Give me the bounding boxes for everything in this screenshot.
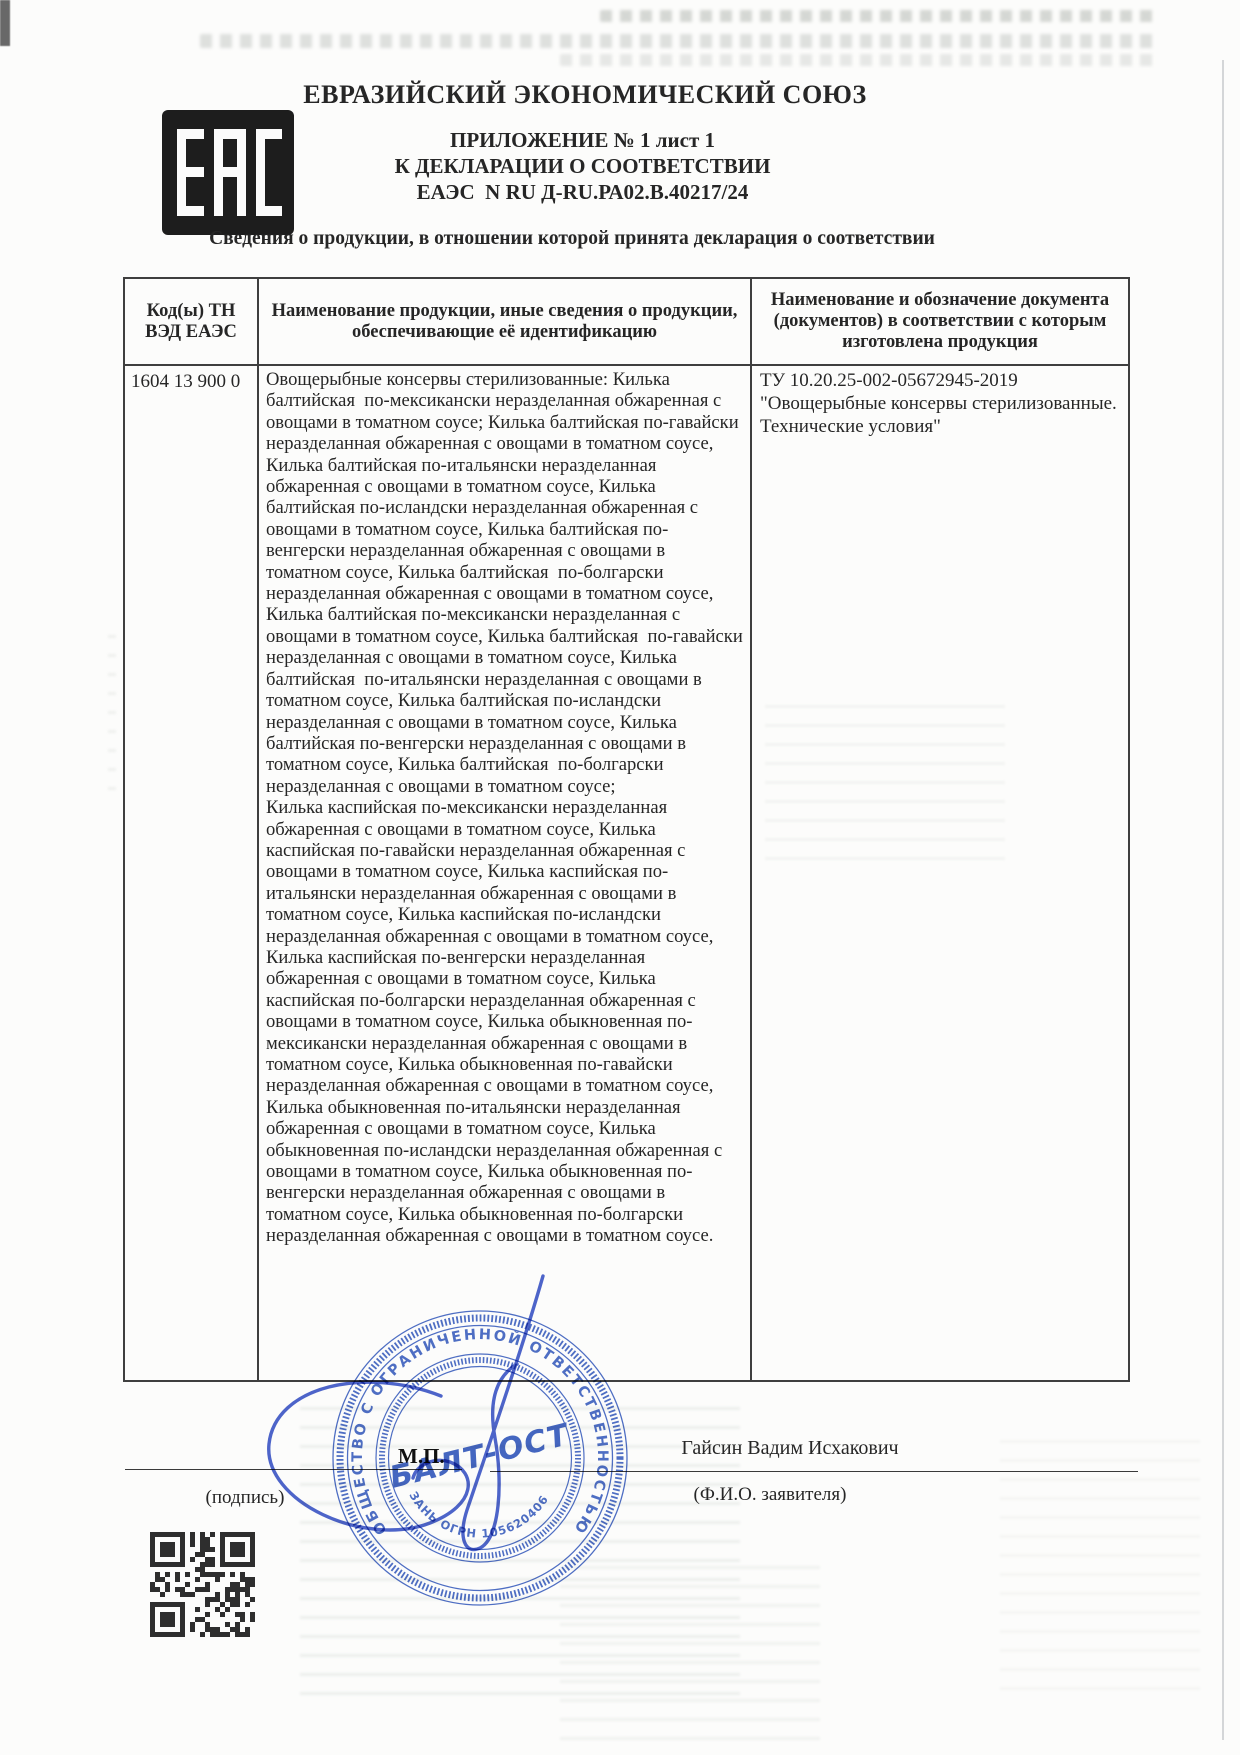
declaration-annex-page: ЕВРАЗИЙСКИЙ ЭКОНОМИЧЕСКИЙ СОЮЗ ПРИЛОЖЕНИ… <box>0 0 1240 1755</box>
header-product: Наименование продукции, иные сведения о … <box>258 278 751 365</box>
bleed-through-artifact <box>108 620 116 790</box>
header-document: Наименование и обозначение документа (до… <box>751 278 1129 365</box>
appendix-line1: ПРИЛОЖЕНИЕ № 1 лист 1 <box>260 127 905 153</box>
cell-document: ТУ 10.20.25-002-05672945-2019 "Овощерыбн… <box>751 365 1129 1381</box>
qr-code-icon <box>150 1532 255 1637</box>
appendix-line2: К ДЕКЛАРАЦИИ О СООТВЕТСТВИИ <box>260 153 905 179</box>
scan-corner-mark <box>0 0 10 46</box>
bleed-through-artifact <box>1000 1430 1200 1690</box>
qr-code <box>150 1532 255 1642</box>
page-subtitle: Сведения о продукции, в отношении которо… <box>122 228 1022 250</box>
union-title: ЕВРАЗИЙСКИЙ ЭКОНОМИЧЕСКИЙ СОЮЗ <box>250 80 920 110</box>
product-paragraph-2: Килька каспийская по-мексикански неразде… <box>266 797 743 1247</box>
bleed-through-artifact <box>200 34 1160 48</box>
products-table: Код(ы) ТН ВЭД ЕАЭС Наименование продукци… <box>123 277 1130 1382</box>
table-row: 1604 13 900 0 Овощерыбные консервы стери… <box>124 365 1129 1381</box>
applicant-name: Гайсин Вадим Исхакович <box>565 1437 1015 1460</box>
bleed-through-artifact <box>600 10 1160 22</box>
stamp-center-text: БАЛТ-ОСТ <box>386 1417 574 1496</box>
cell-product: Овощерыбные консервы стерилизованные: Ки… <box>258 365 751 1381</box>
declaration-number: ЕАЭС N RU Д-RU.РА02.В.40217/24 <box>260 179 905 205</box>
appendix-heading: ПРИЛОЖЕНИЕ № 1 лист 1 К ДЕКЛАРАЦИИ О СОО… <box>260 127 905 205</box>
header-code: Код(ы) ТН ВЭД ЕАЭС <box>124 278 258 365</box>
table-header-row: Код(ы) ТН ВЭД ЕАЭС Наименование продукци… <box>124 278 1129 365</box>
scan-edge-line <box>1222 60 1224 1740</box>
stamp-outer-text: ✱ ОБЩЕСТВО С ОГРАНИЧЕННОЙ ОТВЕТСТВЕННОСТ… <box>330 1308 610 1544</box>
product-paragraph-1: Овощерыбные консервы стерилизованные: Ки… <box>266 369 743 797</box>
cell-code: 1604 13 900 0 <box>124 365 258 1381</box>
bleed-through-artifact <box>560 54 1160 66</box>
svg-text:✱ ОБЩЕСТВО С ОГРАНИЧЕННОЙ ОТВЕ: ✱ ОБЩЕСТВО С ОГРАНИЧЕННОЙ ОТВЕТСТВЕННОСТ… <box>330 1308 610 1544</box>
stamp-icon: ✱ ОБЩЕСТВО С ОГРАНИЧЕННОЙ ОТВЕТСТВЕННОСТ… <box>330 1308 630 1608</box>
company-stamp: ✱ ОБЩЕСТВО С ОГРАНИЧЕННОЙ ОТВЕТСТВЕННОСТ… <box>330 1308 630 1613</box>
